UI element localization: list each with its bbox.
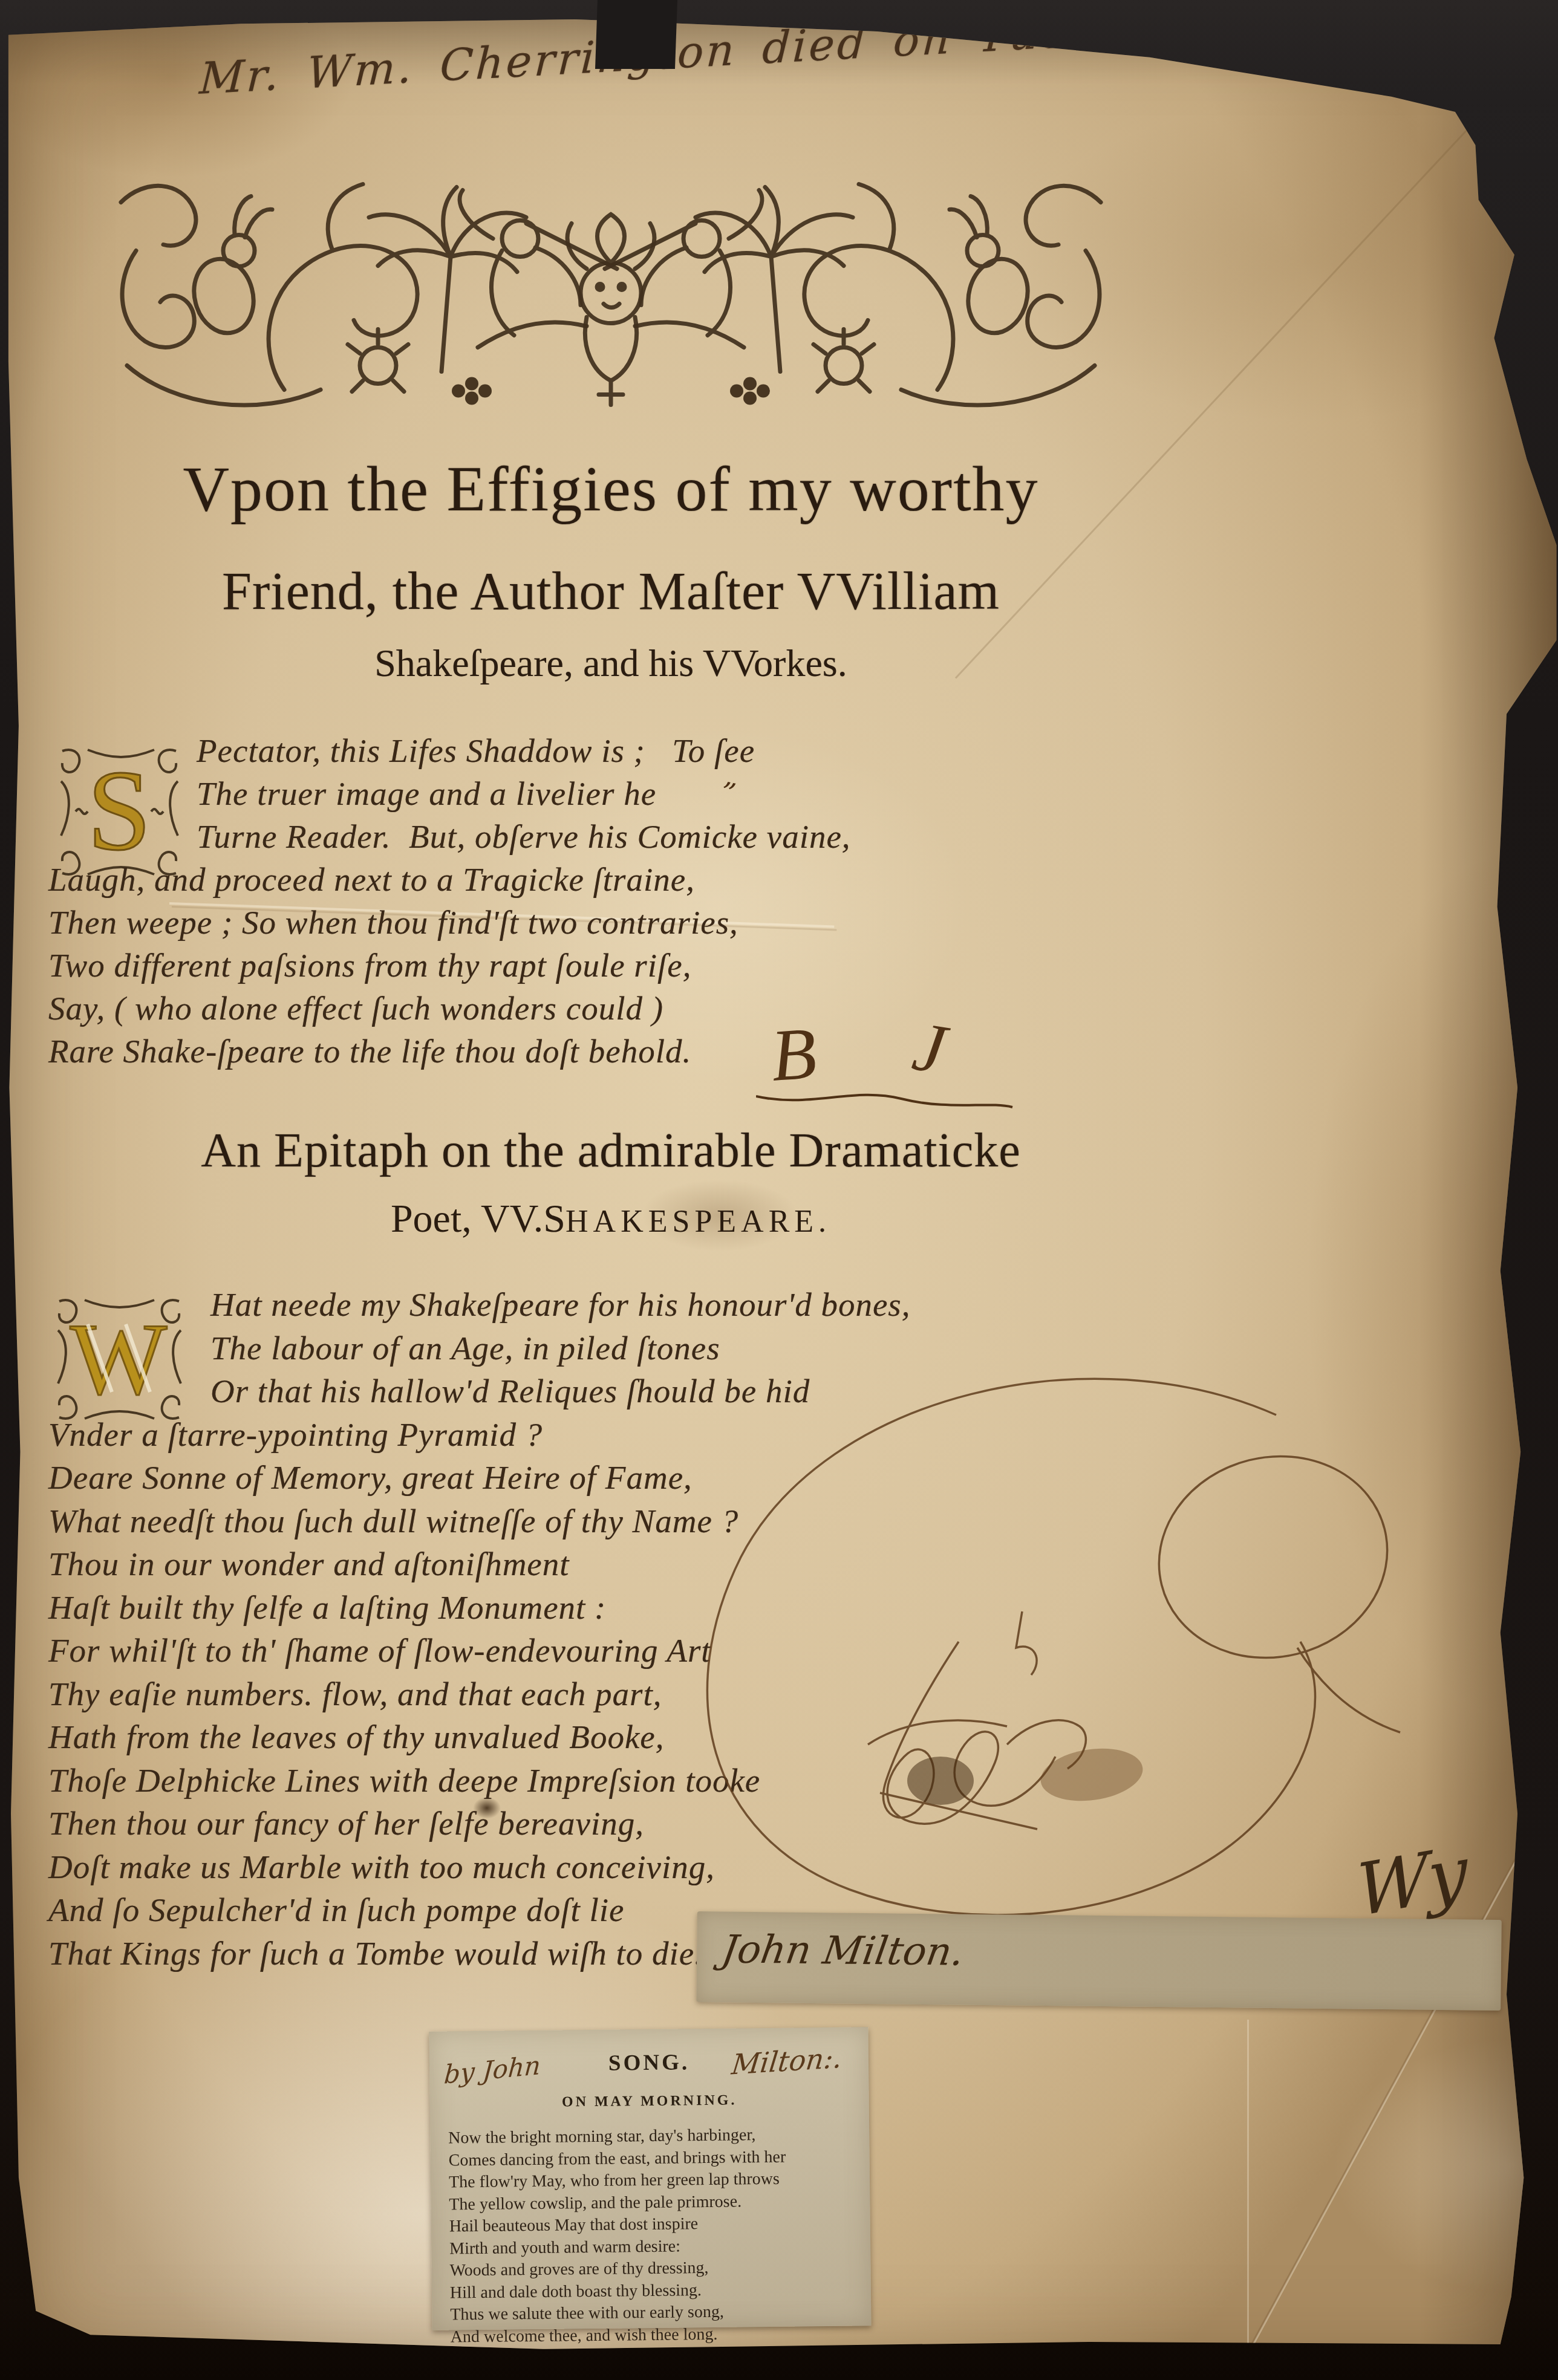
poem-line: Then thou our fancy of her ſelfe bereavi… [48,1802,992,1845]
clipping-header: by John SONG. Milton:. [429,2038,869,2095]
poem-line: Hath from the leaves of thy unvalued Boo… [48,1715,992,1759]
edge-scribble-handwriting: Wy [1355,1829,1468,1933]
poem-line: For whil'ſt to th' ſhame of ſlow-endevou… [48,1629,992,1673]
poem-line: Turne Reader. But, obſerve his Comicke v… [48,815,992,858]
clipping-milton-handwriting: Milton:. [730,2041,844,2081]
poem-line: Then weepe ; So when thou find'ſt two co… [48,901,992,944]
epitaph-subtitle: Poet, VV.SHAKESPEARE. [18,1196,1204,1242]
headpiece-woodcut-icon [103,164,1119,440]
poem-line: Deare Sonne of Memory, great Heire of Fa… [48,1456,992,1500]
poem-line: Or that his hallow'd Reliques ſhould be … [48,1370,992,1413]
epitaph-subtitle-caps: HAKESPEARE. [566,1205,831,1239]
right-edge-shading [1419,0,1558,2380]
poem-line: The labour of an Age, in piled ſtones [48,1327,992,1370]
crease-line [1247,2020,1249,2370]
verse-line: And welcome thee, and wish thee long. [451,2322,872,2349]
epitaph-subtitle-lead: Poet, VV.S [391,1197,566,1241]
effigies-poem: Pectator, this Lifes Shaddow is ; To ſee… [48,729,992,1073]
ownership-inscription: Mr. Wm. Cherrington died on Tuesday Sept… [198,0,1264,104]
poem-line: Laugh, and proceed next to a Tragicke ſt… [48,858,992,901]
poem-line: Two different paſsions from thy rapt ſou… [48,944,992,987]
poem-line: Pectator, this Lifes Shaddow is ; To ſee [48,729,992,772]
epitaph-poem: Hat neede my Shakeſpeare for his honour'… [48,1283,992,1975]
poem-line: The truer image and a livelier he [48,772,992,815]
poem-line: Vnder a ſtarre-ypointing Pyramid ? [48,1413,992,1457]
poem-line: Hat neede my Shakeſpeare for his honour'… [48,1283,992,1327]
milton-signature-handwriting: John Milton. [719,1928,967,1975]
epitaph-title: An Epitaph on the admirable Dramaticke [18,1123,1204,1179]
clipping-subtitle: ON MAY MORNING. [430,2091,869,2112]
main-title-line1: Vpon the Effigies of my worthy [18,452,1204,526]
parchment-page: Mr. Wm. Cherrington died on Tuesday Sept… [0,0,1558,2380]
main-title-line2: Friend, the Author Maſter VVilliam [18,561,1204,622]
spine-shadow [595,0,677,69]
poem-line: Rare Shake-ſpeare to the life thou doſt … [48,1030,992,1073]
photograph-of-folio-page: Mr. Wm. Cherrington died on Tuesday Sept… [0,0,1558,2380]
poem-line: Haſt built thy ſelfe a laſting Monument … [48,1586,992,1630]
song-clipping: by John SONG. Milton:. ON MAY MORNING. N… [429,2027,871,2330]
poem-line: Doſt make us Marble with too much concei… [48,1845,992,1889]
poem-line: Say, ( who alone effect ſuch wonders cou… [48,987,992,1030]
poem-line: Thou in our wonder and aſtoniſhment [48,1543,992,1586]
poem-line: What needſt thou ſuch dull witneſſe of t… [48,1500,992,1543]
poem-line: Thoſe Delphicke Lines with deepe Impreſs… [48,1759,992,1803]
main-title-line3: Shakeſpeare, and his VVorkes. [18,641,1204,686]
poem-line: Thy eaſie numbers. flow, and that each p… [48,1673,992,1716]
clipping-verse: Now the bright morning star, day's harbi… [448,2123,872,2348]
